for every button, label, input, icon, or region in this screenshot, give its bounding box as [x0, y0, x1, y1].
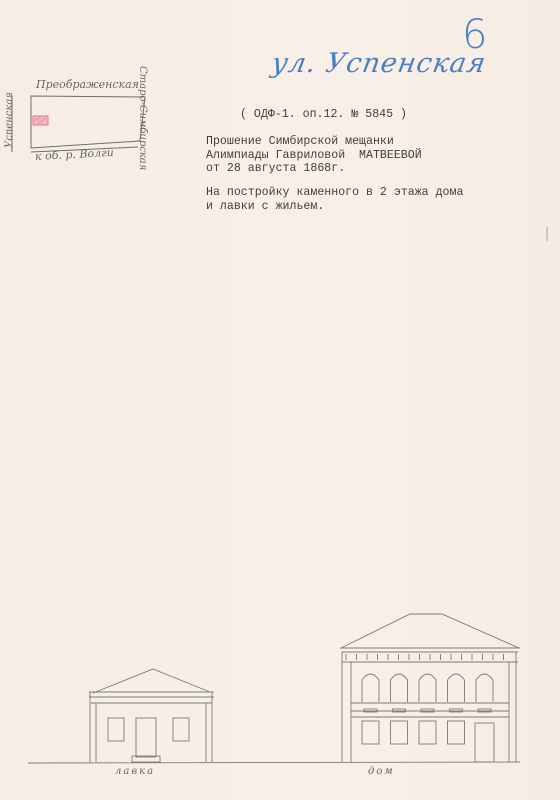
shop-elevation: [89, 669, 214, 762]
archival-document-page: 6 ул. Успенская ( ОДФ-1. оп.12. № 5845 )…: [0, 0, 560, 800]
house-elevation: [340, 614, 520, 762]
building-elevations: [0, 0, 560, 800]
shop-label: лавка: [115, 766, 155, 777]
house-label: дом: [368, 766, 395, 777]
